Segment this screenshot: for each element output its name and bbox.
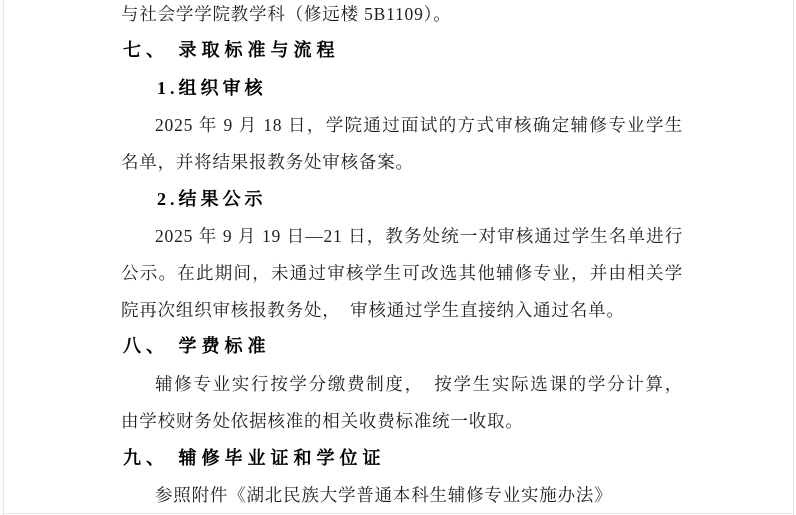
org-review-paragraph-line-1: 2025 年 9 月 18 日，学院通过面试的方式审核确定辅修专业学生 [121, 115, 683, 135]
subsection-1-heading: 1.组织审核 [157, 78, 267, 98]
section-9-heading: 九、 辅修毕业证和学位证 [123, 448, 386, 468]
tuition-paragraph-line-2: 由学校财务处依据核准的相关收费标准统一收取。 [121, 411, 524, 431]
section-8-heading: 八、 学费标准 [123, 336, 271, 356]
subsection-2-heading: 2.结果公示 [157, 189, 267, 209]
tuition-paragraph-line-1: 辅修专业实行按学分缴费制度， 按学生实际选课的学分计算， [121, 374, 683, 394]
document-page: { "page": { "background": "#ffffff", "ed… [0, 0, 796, 515]
publicity-paragraph-line-2: 公示。在此期间，未通过审核学生可改选其他辅修专业，并由相关学 [121, 263, 683, 283]
page-bottom-edge [3, 513, 794, 514]
publicity-paragraph-line-3: 院再次组织审核报教务处， 审核通过学生直接纳入通过名单。 [121, 300, 625, 320]
certificate-paragraph-line-1: 参照附件《湖北民族大学普通本科生辅修专业实施办法》 [121, 485, 613, 505]
org-review-paragraph-line-2: 名单，并将结果报教务处审核备案。 [121, 152, 414, 172]
page-right-edge [793, 0, 794, 515]
section-7-heading: 七、 录取标准与流程 [123, 40, 340, 60]
continuation-text-line: 与社会学学院教学科（修远楼 5B1109）。 [121, 4, 452, 24]
page-left-edge [3, 0, 4, 515]
publicity-paragraph-line-1: 2025 年 9 月 19 日—21 日，教务处统一对审核通过学生名单进行 [121, 226, 683, 246]
